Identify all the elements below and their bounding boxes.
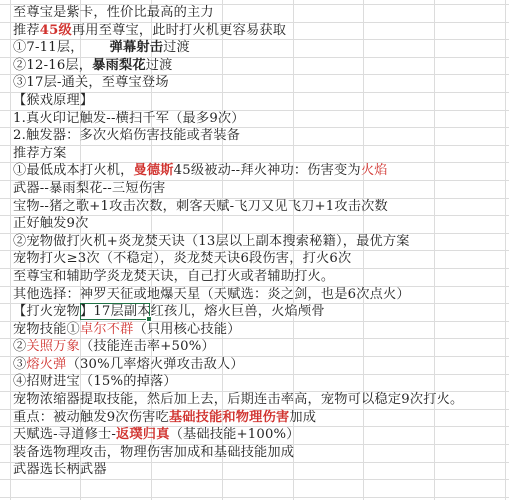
cell-text: 至尊宝和辅助学炎龙焚天诀，自己打火或者辅助打火。 xyxy=(13,269,334,284)
cell-text: 重点：被动触发9次伤害吃 xyxy=(13,410,169,425)
cell-text: 1.真火印记触发--横扫千军（最多9次） xyxy=(13,111,245,126)
cell-text: ③17层-通关，至尊宝登场 xyxy=(13,75,169,90)
fill-handle[interactable] xyxy=(146,316,152,322)
cell-row[interactable]: ②关照万象（技能连击率+50%） xyxy=(13,338,509,356)
cell-row[interactable]: 2.触发器：多次火焰伤害技能或者装备 xyxy=(13,127,509,145)
cell-row[interactable]: 【猴戏原理】 xyxy=(13,92,509,110)
cell-row[interactable]: ①7-11层，弹幕射击过渡 xyxy=(13,39,509,57)
highlighted-text: 卓尔不群 xyxy=(80,322,134,337)
cell-text: 【打火宠物】17层副本红孩儿，熔火巨兽，火焰颅骨 xyxy=(13,304,325,319)
cell-text: （技能连击率+50%） xyxy=(80,339,215,354)
highlighted-text: 返璞归真 xyxy=(116,427,170,442)
cell-text: 宠物技能① xyxy=(13,322,80,337)
cell-row[interactable]: 武器选长柄武器 xyxy=(13,461,509,479)
cell-text: 过渡 xyxy=(146,58,173,73)
cell-text: （只用核心技能） xyxy=(134,322,241,337)
cell-text: 武器--暴雨梨花--三短伤害 xyxy=(13,181,166,196)
highlighted-text: 火焰 xyxy=(361,163,388,178)
cell-row[interactable]: ③熔火弹（30%几率熔火弹攻击敌人） xyxy=(13,356,509,374)
cell-text: 加成 xyxy=(289,410,316,425)
cell-text: 2.触发器：多次火焰伤害技能或者装备 xyxy=(13,128,240,143)
cell-text: 正好触发9次 xyxy=(13,216,89,231)
cell-row[interactable]: 1.真火印记触发--横扫千军（最多9次） xyxy=(13,110,509,128)
cell-text: ④招财进宝（15%的掉落） xyxy=(13,374,177,389)
cell-text: 装备选物理攻击，物理伤害加成和基础技能加成 xyxy=(13,445,294,460)
cell-row[interactable]: 天赋选-寻道修士-返璞归真（基础技能+100%） xyxy=(13,426,509,444)
cell-row[interactable]: ②12-16层，暴雨梨花过渡 xyxy=(13,57,509,75)
cell-text: ②宠物做打火机+炎龙焚天诀（13层以上副本搜索秘籍），最优方案 xyxy=(13,234,410,249)
highlighted-text: 熔火弹 xyxy=(26,357,66,372)
cell-text: ② xyxy=(13,339,26,354)
cell-text: 至尊宝是紫卡，性价比最高的主力 xyxy=(13,5,214,20)
cell-text: ①7-11层， xyxy=(13,40,84,55)
cell-text: 【猴戏原理】 xyxy=(13,93,93,108)
cell-text: （基础技能+100%） xyxy=(170,427,300,442)
cell-text: ③ xyxy=(13,357,26,372)
cell-text: 推荐方案 xyxy=(13,146,67,161)
cell-row[interactable]: 装备选物理攻击，物理伤害加成和基础技能加成 xyxy=(13,444,509,462)
cell-row[interactable]: 重点：被动触发9次伤害吃基础技能和物理伤害加成 xyxy=(13,409,509,427)
selected-cell[interactable] xyxy=(80,303,150,320)
highlighted-text: 关照万象 xyxy=(26,339,80,354)
cell-row[interactable]: 正好触发9次 xyxy=(13,215,509,233)
spreadsheet-rows: 至尊宝是紫卡，性价比最高的主力推荐45级再用至尊宝，此时打火机更容易获取①7-1… xyxy=(13,4,509,497)
cell-text: 宠物浓缩器提取技能，然后加上去，后期连击率高，宠物可以稳定9次打火。 xyxy=(13,392,463,407)
cell-text: 45级被动--拜火神功：伤害变为 xyxy=(174,163,361,178)
cell-text: 宝物--猪之歌+1攻击次数，刺客天赋-飞刀又见飞刀+1攻击次数 xyxy=(13,199,388,214)
cell-row[interactable]: ④招财进宝（15%的掉落） xyxy=(13,373,509,391)
highlighted-text: 45级 xyxy=(40,23,72,38)
cell-text: ①最低成本打火机， xyxy=(13,163,134,178)
cell-row[interactable]: 宠物打火≥3次（不稳定），炎龙焚天诀6段伤害，打火6次 xyxy=(13,250,509,268)
cell-row[interactable]: 推荐方案 xyxy=(13,145,509,163)
cell-text: 推荐 xyxy=(13,23,40,38)
cell-row[interactable]: ①最低成本打火机，曼德斯45级被动--拜火神功：伤害变为火焰 xyxy=(13,162,509,180)
cell-row[interactable]: 至尊宝和辅助学炎龙焚天诀，自己打火或者辅助打火。 xyxy=(13,268,509,286)
cell-row[interactable] xyxy=(13,479,509,497)
highlighted-text: 弹幕射击 xyxy=(110,40,164,55)
cell-row[interactable]: ③17层-通关，至尊宝登场 xyxy=(13,74,509,92)
highlighted-text: 暴雨梨花 xyxy=(92,58,146,73)
highlighted-text: 基础技能和物理伤害 xyxy=(169,410,290,425)
cell-row[interactable]: 推荐45级再用至尊宝，此时打火机更容易获取 xyxy=(13,22,509,40)
cell-text: 天赋选-寻道修士- xyxy=(13,427,116,442)
cell-text: （30%几率熔火弹攻击敌人） xyxy=(67,357,244,372)
cell-row[interactable]: 至尊宝是紫卡，性价比最高的主力 xyxy=(13,4,509,22)
cell-text: ②12-16层， xyxy=(13,58,92,73)
cell-row[interactable]: 其他选择：神罗天征或地爆天星（天赋选：炎之剑，也是6次点火） xyxy=(13,286,509,304)
cell-text: 武器选长柄武器 xyxy=(13,462,107,477)
row-gridline xyxy=(0,497,509,498)
highlighted-text: 曼德斯 xyxy=(134,163,174,178)
cell-row[interactable]: ②宠物做打火机+炎龙焚天诀（13层以上副本搜索秘籍），最优方案 xyxy=(13,233,509,251)
cell-row[interactable]: 宠物技能①卓尔不群（只用核心技能） xyxy=(13,321,509,339)
cell-row[interactable]: 宝物--猪之歌+1攻击次数，刺客天赋-飞刀又见飞刀+1攻击次数 xyxy=(13,198,509,216)
cell-text: 其他选择：神罗天征或地爆天星（天赋选：炎之剑，也是6次点火） xyxy=(13,287,410,302)
cell-text: 再用至尊宝，此时打火机更容易获取 xyxy=(72,23,286,38)
cell-row[interactable]: 武器--暴雨梨花--三短伤害 xyxy=(13,180,509,198)
cell-text: 宠物打火≥3次（不稳定），炎龙焚天诀6段伤害，打火6次 xyxy=(13,251,351,266)
cell-text: 过渡 xyxy=(163,40,190,55)
cell-row[interactable]: 宠物浓缩器提取技能，然后加上去，后期连击率高，宠物可以稳定9次打火。 xyxy=(13,391,509,409)
